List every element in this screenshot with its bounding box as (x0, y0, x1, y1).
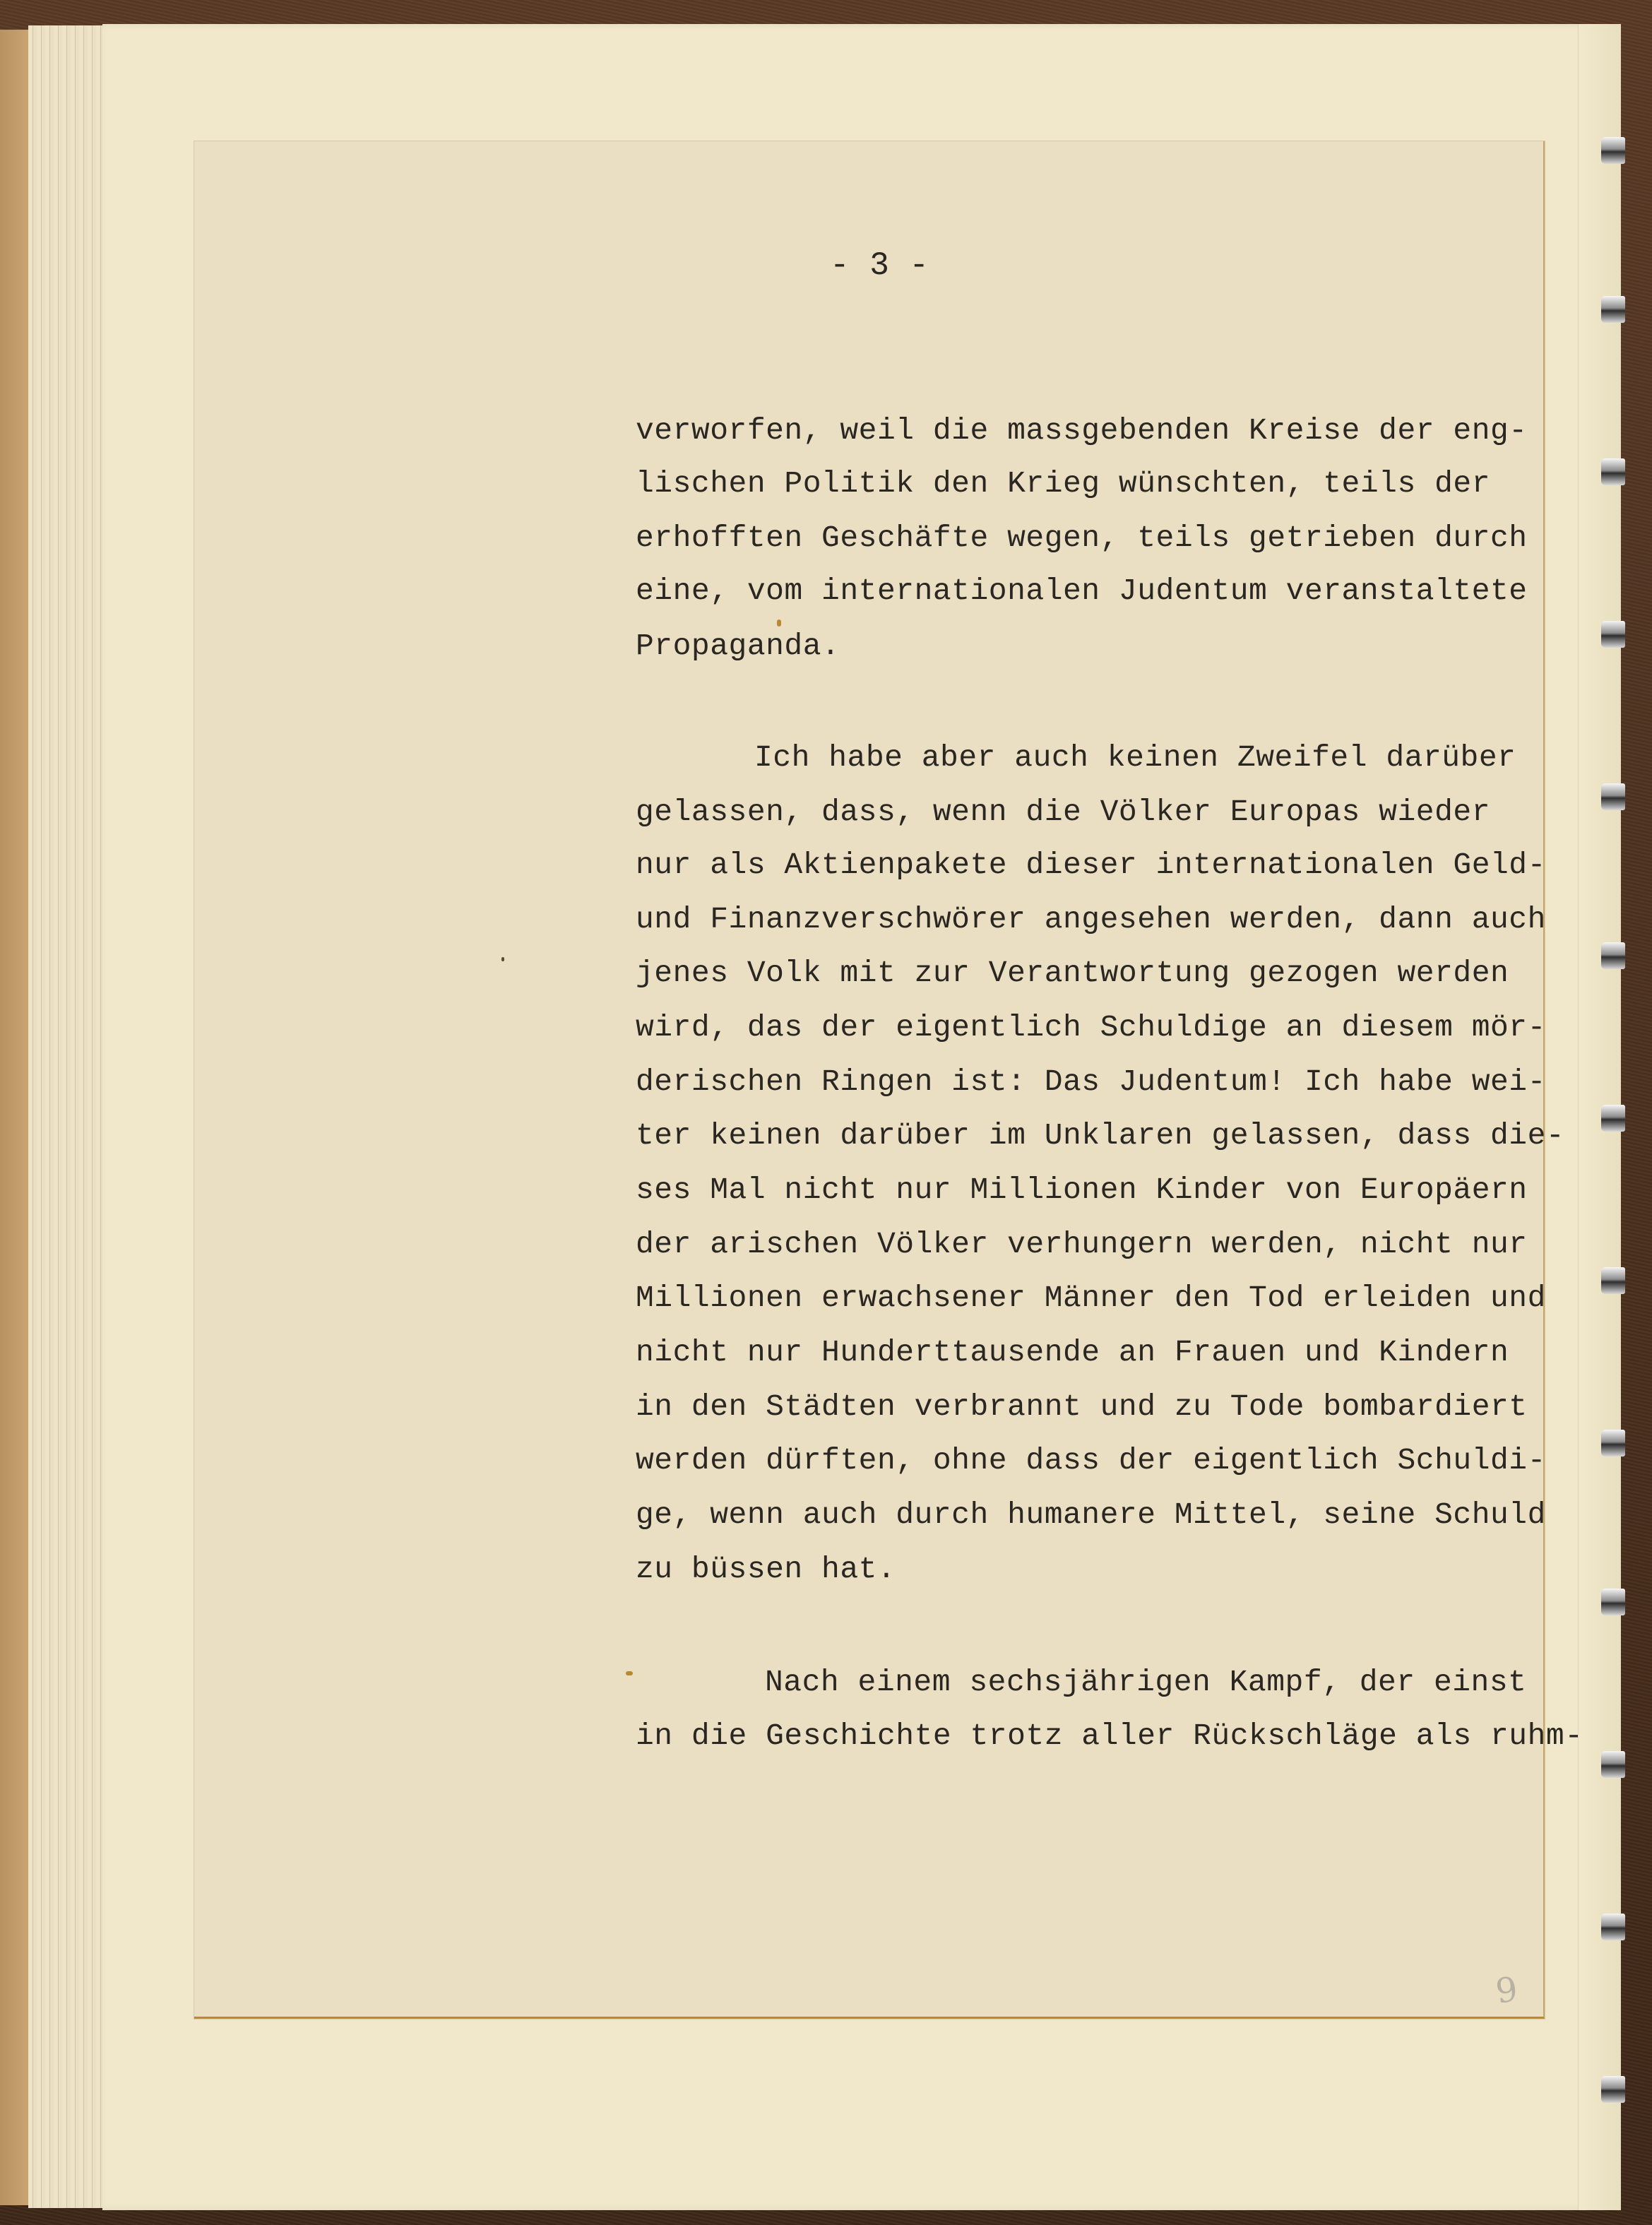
typed-line: Millionen erwachsener Männer den Tod erl… (636, 1281, 1546, 1315)
typed-line: gelassen, dass, wenn die Völker Europas … (636, 795, 1490, 829)
typed-line: derischen Ringen ist: Das Judentum! Ich … (636, 1064, 1546, 1099)
page-stack-edges (28, 25, 104, 2208)
binder-ring-icon (1601, 783, 1625, 810)
binder-ring-icon (1601, 1589, 1625, 1615)
typed-line: der arischen Völker verhungern werden, n… (636, 1227, 1528, 1262)
typed-line: ter keinen darüber im Unklaren gelassen,… (636, 1118, 1564, 1153)
inner-cover-flap (0, 30, 28, 2205)
typed-line: zu büssen hat. (636, 1552, 896, 1586)
ink-fleck (777, 619, 781, 627)
binder-ring-icon (1601, 942, 1625, 969)
typed-line: ge, wenn auch durch humanere Mittel, sei… (636, 1497, 1546, 1532)
typed-line: in den Städten verbrannt und zu Tode bom… (636, 1389, 1528, 1424)
typed-line: und Finanzverschwörer angesehen werden, … (636, 902, 1546, 937)
binder-ring-icon (1601, 1751, 1625, 1778)
typed-line: Nach einem sechsjährigen Kampf, der eins… (765, 1665, 1526, 1699)
typed-line: nicht nur Hunderttausende an Frauen und … (636, 1335, 1509, 1370)
typed-line: in die Geschichte trotz aller Rückschläg… (636, 1719, 1583, 1753)
typed-line: Propaganda. (636, 629, 840, 663)
typed-line: jenes Volk mit zur Verantwortung gezogen… (636, 956, 1509, 990)
ink-fleck (501, 957, 504, 961)
typed-line: wird, das der eigentlich Schuldige an di… (636, 1010, 1546, 1045)
typed-line: erhofften Geschäfte wegen, teils getrieb… (636, 521, 1528, 555)
binder-ring-icon (1601, 458, 1625, 485)
binder-ring-icon (1601, 1914, 1625, 1940)
binder-ring-icon (1601, 1105, 1625, 1132)
typed-line: Ich habe aber auch keinen Zweifel darübe… (754, 740, 1516, 775)
binder-ring-icon (1601, 2076, 1625, 2103)
typed-line: lischen Politik den Krieg wünschten, tei… (636, 466, 1490, 501)
ink-fleck (626, 1671, 633, 1675)
binder-ring-icon (1601, 137, 1625, 164)
typed-line: nur als Aktienpakete dieser internationa… (636, 848, 1546, 882)
binder-ring-icon (1601, 1267, 1625, 1294)
binder-ring-icon (1601, 296, 1625, 323)
typed-line: eine, vom internationalen Judentum veran… (636, 574, 1528, 608)
binder-ring-icon (1601, 1430, 1625, 1456)
typed-line: ses Mal nicht nur Millionen Kinder von E… (636, 1173, 1528, 1207)
page-number: - 3 - (830, 247, 929, 284)
typed-line: verworfen, weil die massgebenden Kreise … (636, 413, 1528, 448)
binder-ring-icon (1601, 621, 1625, 648)
typed-line: werden dürften, ohne dass der eigentlich… (636, 1443, 1546, 1478)
